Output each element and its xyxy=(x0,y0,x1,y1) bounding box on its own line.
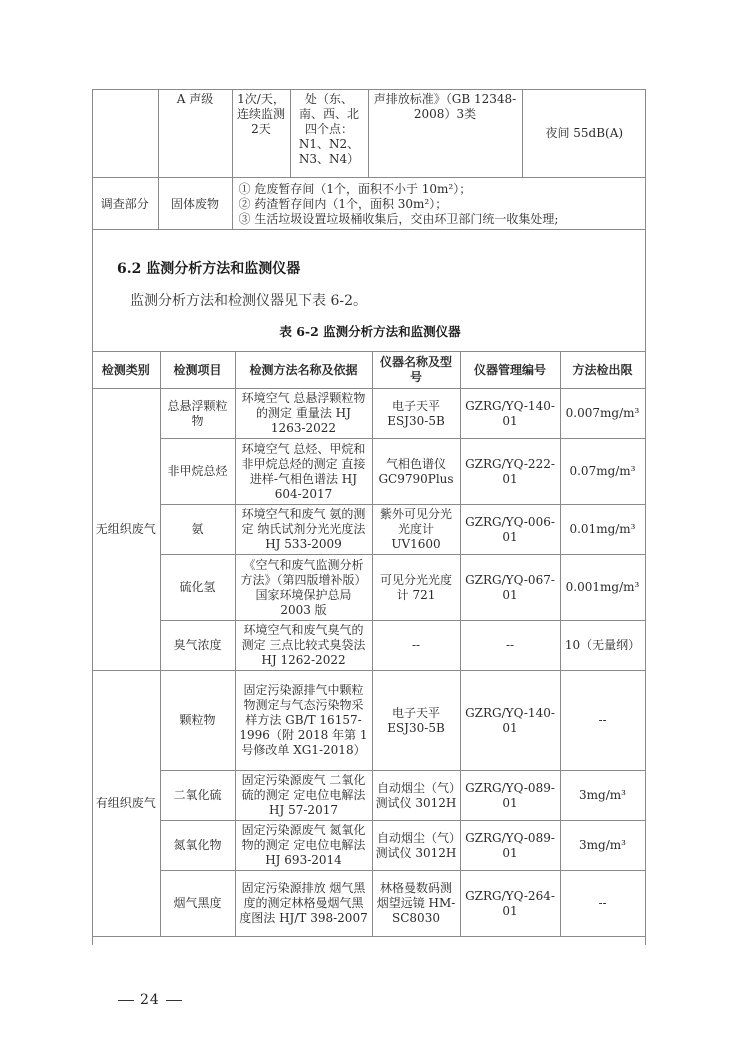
cell-item: 硫化氢 xyxy=(160,555,235,621)
cell-instrument: 电子天平 ESJ30-5B xyxy=(372,671,460,771)
table-row: 二氧化硫 固定污染源废气 二氧化硫的测定 定电位电解法 HJ 57-2017 自… xyxy=(92,771,645,821)
header-instrument: 仪器名称及型号 xyxy=(372,352,460,389)
cell-method: 固定污染源排放 烟气黑度的测定林格曼烟气黑度图法 HJ/T 398-2007 xyxy=(235,871,372,937)
measure-line: ① 危废暂存间（1个，面积不小于 10m²）； xyxy=(239,182,644,197)
cell-instrument-id: GZRG/YQ-089-01 xyxy=(460,771,560,821)
cell-frequency: 1次/天，连续监测2天 xyxy=(232,89,290,177)
cell-limit: 夜间 55dB(A) xyxy=(522,89,646,177)
cell-instrument: 自动烟尘（气）测试仪 3012H xyxy=(372,771,460,821)
section-paragraph: 监测分析方法和检测仪器见下表 6-2。 xyxy=(130,290,367,310)
cell-instrument-id: GZRG/YQ-264-01 xyxy=(460,871,560,937)
cell-category: 调查部分 xyxy=(92,177,158,229)
cell-instrument: -- xyxy=(372,621,460,671)
header-row: 检测类别 检测项目 检测方法名称及依据 仪器名称及型号 仪器管理编号 方法检出限 xyxy=(92,352,645,389)
cell-detection-limit: 0.007mg/m³ xyxy=(560,389,645,439)
cell-points: 处（东、南、西、北四个点：N1、N2、N3、N4） xyxy=(290,89,368,177)
cell-method: 固定污染源废气 二氧化硫的测定 定电位电解法 HJ 57-2017 xyxy=(235,771,372,821)
cell-instrument: 气相色谱仪 GC9790Plus xyxy=(372,439,460,505)
cell-instrument: 林格曼数码测烟望远镜 HM-SC8030 xyxy=(372,871,460,937)
table-row: A 声级 1次/天，连续监测2天 处（东、南、西、北四个点：N1、N2、N3、N… xyxy=(92,89,646,177)
continued-monitoring-table: A 声级 1次/天，连续监测2天 处（东、南、西、北四个点：N1、N2、N3、N… xyxy=(92,89,646,230)
table-row: 硫化氢 《空气和废气监测分析方法》（第四版增补版）国家环境保护总局 2003 版… xyxy=(92,555,645,621)
cell-detection-limit: 10（无量纲） xyxy=(560,621,645,671)
dash-right xyxy=(166,1000,182,1001)
cell-instrument: 电子天平 ESJ30-5B xyxy=(372,389,460,439)
cell-item: 二氧化硫 xyxy=(160,771,235,821)
section-heading: 6.2 监测分析方法和监测仪器 xyxy=(117,258,300,278)
cell-blank xyxy=(92,89,158,177)
cell-detection-limit: 0.07mg/m³ xyxy=(560,439,645,505)
cell-instrument-id: GZRG/YQ-067-01 xyxy=(460,555,560,621)
cell-category: 无组织废气 xyxy=(92,389,160,671)
cell-item: 烟气黑度 xyxy=(160,871,235,937)
table-row: 非甲烷总烃 环境空气 总烃、甲烷和非甲烷总烃的测定 直接进样-气相色谱法 HJ … xyxy=(92,439,645,505)
header-item: 检测项目 xyxy=(160,352,235,389)
cell-instrument: 紫外可见分光光度计 UV1600 xyxy=(372,505,460,555)
cell-standard: 声排放标准》（GB 12348-2008）3类 xyxy=(368,89,522,177)
table-row: 氨 环境空气和废气 氨的测定 纳氏试剂分光光度法 HJ 533-2009 紫外可… xyxy=(92,505,645,555)
page-number: 24 xyxy=(112,992,188,1008)
cell-method: 环境空气和废气臭气的测定 三点比较式臭袋法 HJ 1262-2022 xyxy=(235,621,372,671)
header-detection-limit: 方法检出限 xyxy=(560,352,645,389)
header-method: 检测方法名称及依据 xyxy=(235,352,372,389)
cell-method: 固定污染源排气中颗粒物测定与气态污染物采样方法 GB/T 16157-1996（… xyxy=(235,671,372,771)
cell-item: 氨 xyxy=(160,505,235,555)
cell-indicator: A 声级 xyxy=(158,89,232,177)
table-caption: 表 6-2 监测分析方法和监测仪器 xyxy=(0,322,740,340)
cell-instrument-id: GZRG/YQ-006-01 xyxy=(460,505,560,555)
table-row: 有组织废气 颗粒物 固定污染源排气中颗粒物测定与气态污染物采样方法 GB/T 1… xyxy=(92,671,645,771)
cell-instrument-id: -- xyxy=(460,621,560,671)
cell-method: 固定污染源废气 氮氧化物的测定 定电位电解法 HJ 693-2014 xyxy=(235,821,372,871)
cell-item: 臭气浓度 xyxy=(160,621,235,671)
cell-method: 环境空气 总烃、甲烷和非甲烷总烃的测定 直接进样-气相色谱法 HJ 604-20… xyxy=(235,439,372,505)
cell-item: 总悬浮颗粒物 xyxy=(160,389,235,439)
measure-line: ② 药渣暂存间内（1个，面积 30m²）； xyxy=(239,197,644,212)
cell-detection-limit: 0.001mg/m³ xyxy=(560,555,645,621)
measure-line: ③ 生活垃圾设置垃圾桶收集后，交由环卫部门统一收集处理; xyxy=(239,212,644,227)
monitoring-methods-table: 检测类别 检测项目 检测方法名称及依据 仪器名称及型号 仪器管理编号 方法检出限… xyxy=(92,351,646,937)
cell-instrument-id: GZRG/YQ-089-01 xyxy=(460,821,560,871)
cell-item: 氮氧化物 xyxy=(160,821,235,871)
cell-instrument: 可见分光光度计 721 xyxy=(372,555,460,621)
table-row: 臭气浓度 环境空气和废气臭气的测定 三点比较式臭袋法 HJ 1262-2022 … xyxy=(92,621,645,671)
cell-method: 环境空气 总悬浮颗粒物的测定 重量法 HJ 1263-2022 xyxy=(235,389,372,439)
cell-item: 颗粒物 xyxy=(160,671,235,771)
table-row: 调查部分 固体废物 ① 危废暂存间（1个，面积不小于 10m²）； ② 药渣暂存… xyxy=(92,177,646,229)
header-category: 检测类别 xyxy=(92,352,160,389)
cell-detection-limit: 0.01mg/m³ xyxy=(560,505,645,555)
cell-instrument: 自动烟尘（气）测试仪 3012H xyxy=(372,821,460,871)
cell-category: 有组织废气 xyxy=(92,671,160,937)
cell-method: 环境空气和废气 氨的测定 纳氏试剂分光光度法 HJ 533-2009 xyxy=(235,505,372,555)
table-row: 无组织废气 总悬浮颗粒物 环境空气 总悬浮颗粒物的测定 重量法 HJ 1263-… xyxy=(92,389,645,439)
cell-detection-limit: 3mg/m³ xyxy=(560,821,645,871)
cell-detection-limit: -- xyxy=(560,871,645,937)
cell-item: 非甲烷总烃 xyxy=(160,439,235,505)
table-row: 烟气黑度 固定污染源排放 烟气黑度的测定林格曼烟气黑度图法 HJ/T 398-2… xyxy=(92,871,645,937)
page-number-value: 24 xyxy=(140,992,160,1008)
cell-instrument-id: GZRG/YQ-140-01 xyxy=(460,389,560,439)
cell-detection-limit: -- xyxy=(560,671,645,771)
table-row: 氮氧化物 固定污染源废气 氮氧化物的测定 定电位电解法 HJ 693-2014 … xyxy=(92,821,645,871)
cell-instrument-id: GZRG/YQ-140-01 xyxy=(460,671,560,771)
cell-detection-limit: 3mg/m³ xyxy=(560,771,645,821)
header-instrument-id: 仪器管理编号 xyxy=(460,352,560,389)
cell-method: 《空气和废气监测分析方法》（第四版增补版）国家环境保护总局 2003 版 xyxy=(235,555,372,621)
dash-left xyxy=(118,1000,134,1001)
cell-solid-waste-measures: ① 危废暂存间（1个，面积不小于 10m²）； ② 药渣暂存间内（1个，面积 3… xyxy=(232,177,646,229)
cell-item: 固体废物 xyxy=(158,177,232,229)
cell-instrument-id: GZRG/YQ-222-01 xyxy=(460,439,560,505)
